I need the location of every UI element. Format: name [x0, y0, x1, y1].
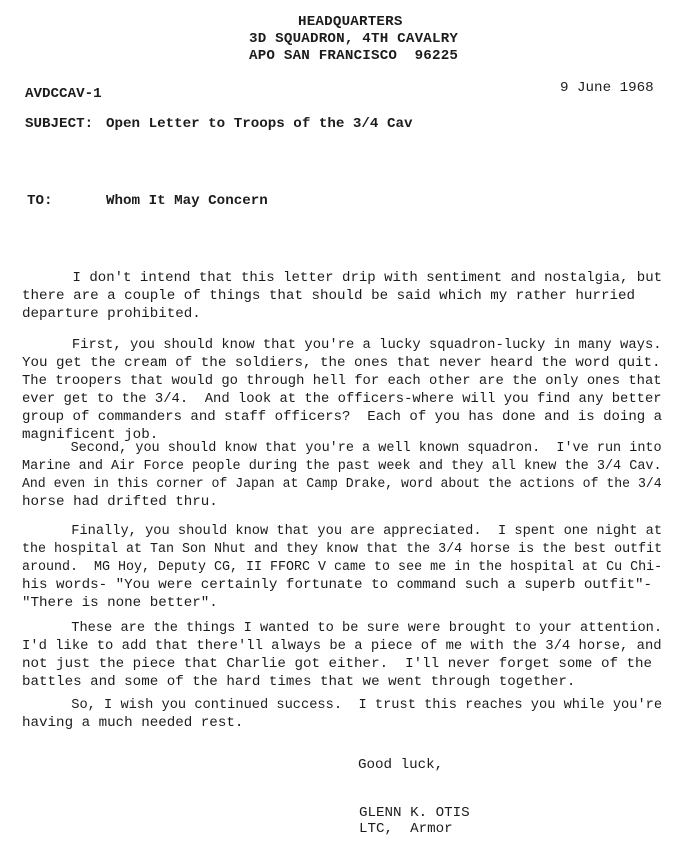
body-line: horse had drifted thru.	[22, 494, 218, 510]
body-line: battles and some of the hard times that …	[22, 674, 575, 690]
body-line: These are the things I wanted to be sure…	[22, 620, 662, 636]
letterhead-address: APO SAN FRANCISCO 96225	[249, 48, 458, 64]
letterhead-headquarters: HEADQUARTERS	[298, 14, 403, 30]
body-line: the hospital at Tan Son Nhut and they kn…	[22, 541, 662, 557]
signature-name: GLENN K. OTIS	[359, 805, 470, 821]
body-line: "There is none better".	[22, 595, 218, 611]
body-line: around. MG Hoy, Deputy CG, II FFORC V ca…	[22, 559, 662, 575]
body-line: Finally, you should know that you are ap…	[22, 523, 662, 539]
body-line: ever get to the 3/4. And look at the off…	[22, 391, 662, 407]
closing-salutation: Good luck,	[358, 757, 443, 773]
body-line: I'd like to add that there'll always be …	[22, 638, 662, 654]
body-line: You get the cream of the soldiers, the o…	[22, 355, 661, 371]
body-line: group of commanders and staff officers? …	[22, 409, 662, 425]
body-line: departure prohibited.	[22, 306, 201, 322]
subject-label: SUBJECT:	[25, 116, 93, 132]
to-text: Whom It May Concern	[106, 193, 268, 209]
letterhead-unit: 3D SQUADRON, 4TH CAVALRY	[249, 31, 458, 47]
body-line: So, I wish you continued success. I trus…	[22, 697, 662, 713]
body-line: Second, you should know that you're a we…	[22, 440, 662, 456]
body-line: his words- "You were certainly fortunate…	[22, 577, 652, 593]
signature-title: LTC, Armor	[359, 821, 453, 837]
body-line: Marine and Air Force people during the p…	[22, 458, 662, 474]
subject-text: Open Letter to Troops of the 3/4 Cav	[106, 116, 413, 132]
to-label: TO:	[27, 193, 53, 209]
body-line: The troopers that would go through hell …	[22, 373, 662, 389]
letter-date: 9 June 1968	[560, 80, 654, 96]
reference-code: AVDCCAV-1	[25, 86, 102, 102]
body-line: First, you should know that you're a luc…	[22, 337, 662, 353]
body-line: having a much needed rest.	[22, 715, 243, 731]
body-line: And even in this corner of Japan at Camp…	[22, 476, 662, 492]
body-line: I don't intend that this letter drip wit…	[22, 270, 662, 286]
body-line: there are a couple of things that should…	[22, 288, 635, 304]
body-line: not just the piece that Charlie got eith…	[22, 656, 652, 672]
